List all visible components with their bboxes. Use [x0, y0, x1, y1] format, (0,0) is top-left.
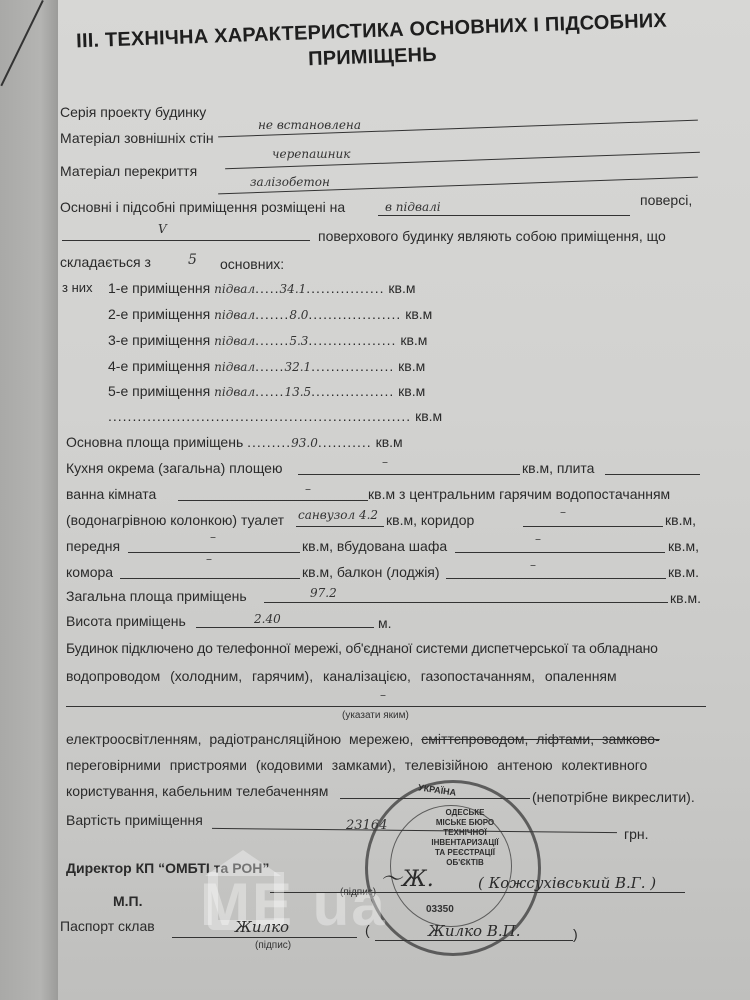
kitchen-line [298, 474, 520, 475]
bathroom-value: – [305, 482, 311, 496]
passport-signature-hint: (підпис) [255, 940, 291, 951]
utilities-line-2: водопроводом (холодним, гарячим), каналі… [66, 668, 617, 684]
room-area: 5.3 [289, 334, 308, 348]
room-area: 8.0 [289, 308, 308, 322]
located-on-line [378, 215, 630, 216]
toilet-unit: кв.м, коридор [386, 512, 474, 528]
room-type: підвал [214, 308, 255, 322]
director-name-text: Кожсухівський В.Г. [489, 874, 646, 892]
toilet-value: санвузол 4.2 [298, 508, 378, 522]
main-area-label: Основна площа приміщень [66, 434, 243, 450]
wall-material-value: черепашник [272, 147, 350, 161]
bathroom-line [178, 500, 368, 501]
storage-value: – [206, 552, 212, 566]
wardrobe-value: – [535, 532, 541, 546]
room-4: 4-е приміщення підвал......32.1.........… [108, 358, 425, 374]
room-1: 1-е приміщення підвал.....34.1..........… [108, 280, 415, 296]
storeys-line [62, 240, 310, 241]
room-label: 1-е приміщення [108, 280, 210, 296]
main-area-unit: кв.м [376, 434, 403, 450]
heating-value: – [380, 688, 386, 702]
main-area-value: 93.0 [291, 436, 318, 450]
room-type: підвал [214, 360, 255, 374]
page-shadow-strip [0, 0, 58, 1000]
stove-line [605, 474, 700, 475]
room-type: підвал [214, 282, 255, 296]
hallway-label: передня [66, 538, 120, 554]
room-3: 3-е приміщення підвал.......5.3.........… [108, 332, 427, 348]
heating-hint: (указати яким) [342, 710, 409, 721]
room-area: 34.1 [280, 282, 307, 296]
wardrobe-unit: кв.м, [668, 538, 699, 554]
balcony-line [446, 578, 666, 579]
utilities-line-3: електроосвітленням, радіотрансляційною м… [66, 731, 660, 747]
heating-line [66, 706, 706, 707]
room-unit: кв.м [415, 408, 442, 424]
balcony-unit: кв.м. [668, 564, 699, 580]
consists-of-value: 5 [188, 252, 197, 268]
storeys-value: V [158, 222, 167, 236]
director-name: ( Кожсухівський В.Г. ) [478, 874, 656, 892]
utilities-line-5-suffix: (непотрібне викреслити). [532, 789, 695, 805]
storeys-suffix: поверхового будинку являють собою приміщ… [318, 228, 666, 244]
total-area-line [264, 602, 668, 603]
passport-label: Паспорт склав [60, 918, 155, 934]
hallway-line [128, 552, 300, 553]
passport-name: Жилко В.П. [428, 922, 520, 940]
total-area-unit: кв.м. [670, 590, 701, 606]
located-on-value: в підвалі [385, 200, 441, 214]
main-area: Основна площа приміщень .........93.0...… [66, 434, 403, 450]
stamp-center-text: ОДЕСЬКЕ МІСЬКЕ БЮРО ТЕХНІЧНОЇ ІНВЕНТАРИЗ… [430, 808, 500, 868]
passport-name-close-paren: ) [573, 926, 578, 942]
room-6-empty: ........................................… [108, 408, 442, 424]
room-area: 13.5 [284, 385, 311, 399]
passport-name-open-paren: ( [365, 922, 370, 938]
seal-label: М.П. [113, 893, 143, 909]
cost-unit: грн. [624, 826, 649, 842]
bathroom-label: ванна кімната [66, 486, 156, 502]
room-type: підвал [214, 385, 255, 399]
storage-unit: кв.м, балкон (лоджія) [302, 564, 440, 580]
storage-label: комора [66, 564, 113, 580]
project-series-value: не встановлена [258, 118, 361, 132]
kitchen-label: Кухня окрема (загальна) площею [66, 460, 282, 476]
room-5: 5-е приміщення підвал......13.5.........… [108, 383, 425, 399]
corridor-line [523, 526, 663, 527]
project-series-label: Серія проекту будинку [60, 104, 206, 120]
toilet-line [296, 526, 384, 527]
located-on-label: Основні і підсобні приміщення розміщені … [60, 199, 345, 215]
corridor-value: – [560, 505, 566, 519]
floor-material-value: залізобетон [250, 175, 330, 189]
room-label: 2-е приміщення [108, 306, 210, 322]
cost-label: Вартість приміщення [66, 812, 203, 828]
room-area: 32.1 [284, 360, 311, 374]
room-label: 4-е приміщення [108, 358, 210, 374]
room-unit: кв.м [388, 280, 415, 296]
storage-line [120, 578, 300, 579]
room-unit: кв.м [405, 306, 432, 322]
height-line [196, 627, 374, 628]
wall-material-label: Матеріал зовнішніх стін [60, 130, 214, 146]
utilities-line-4: переговірними пристроями (кодовими замка… [66, 757, 647, 773]
director-signature: 〜Ж. [380, 862, 434, 893]
hallway-unit: кв.м, вбудована шафа [302, 538, 447, 554]
kitchen-unit: кв.м, плита [522, 460, 594, 476]
watermark: ME ua [200, 870, 387, 939]
floor-material-label: Матеріал перекриття [60, 163, 197, 179]
utilities-line-1: Будинок підключено до телефонної мережі,… [66, 640, 658, 656]
utilities-line-3a: електроосвітленням, радіотрансляційною м… [66, 731, 421, 747]
consists-of-label: складається з [60, 254, 151, 270]
passport-name-line [375, 940, 573, 941]
room-label: 3-е приміщення [108, 332, 210, 348]
corridor-unit: кв.м, [665, 512, 696, 528]
room-unit: кв.м [400, 332, 427, 348]
room-2: 2-е приміщення підвал.......8.0.........… [108, 306, 432, 322]
balcony-value: – [530, 558, 536, 572]
room-type: підвал [214, 334, 255, 348]
hallway-value: – [210, 530, 216, 544]
height-label: Висота приміщень [66, 613, 186, 629]
room-unit: кв.м [398, 358, 425, 374]
room-label: 5-е приміщення [108, 383, 210, 399]
total-area-label: Загальна площа приміщень [66, 588, 247, 604]
stamp-code: 03350 [426, 904, 454, 915]
rooms-prefix: з них [62, 280, 93, 295]
total-area-value: 97.2 [310, 586, 337, 600]
utilities-line-3-struck: сміттєпроводом, ліфтами, замково- [421, 731, 659, 747]
height-value: 2.40 [254, 612, 281, 626]
consists-of-suffix: основних: [220, 256, 284, 272]
utilities-line-5: користування, кабельним телебаченням [66, 783, 328, 799]
kitchen-value: – [382, 455, 388, 469]
passport-signature: Жилко [235, 918, 289, 936]
room-unit: кв.м [398, 383, 425, 399]
toilet-label: (водонагрівною колонкою) туалет [66, 512, 284, 528]
bathroom-suffix: кв.м з центральним гарячим водопостачанн… [368, 486, 670, 502]
wardrobe-line [455, 552, 665, 553]
located-on-suffix: поверсі, [640, 192, 692, 208]
passport-signature-line [172, 937, 357, 938]
height-unit: м. [378, 615, 392, 631]
